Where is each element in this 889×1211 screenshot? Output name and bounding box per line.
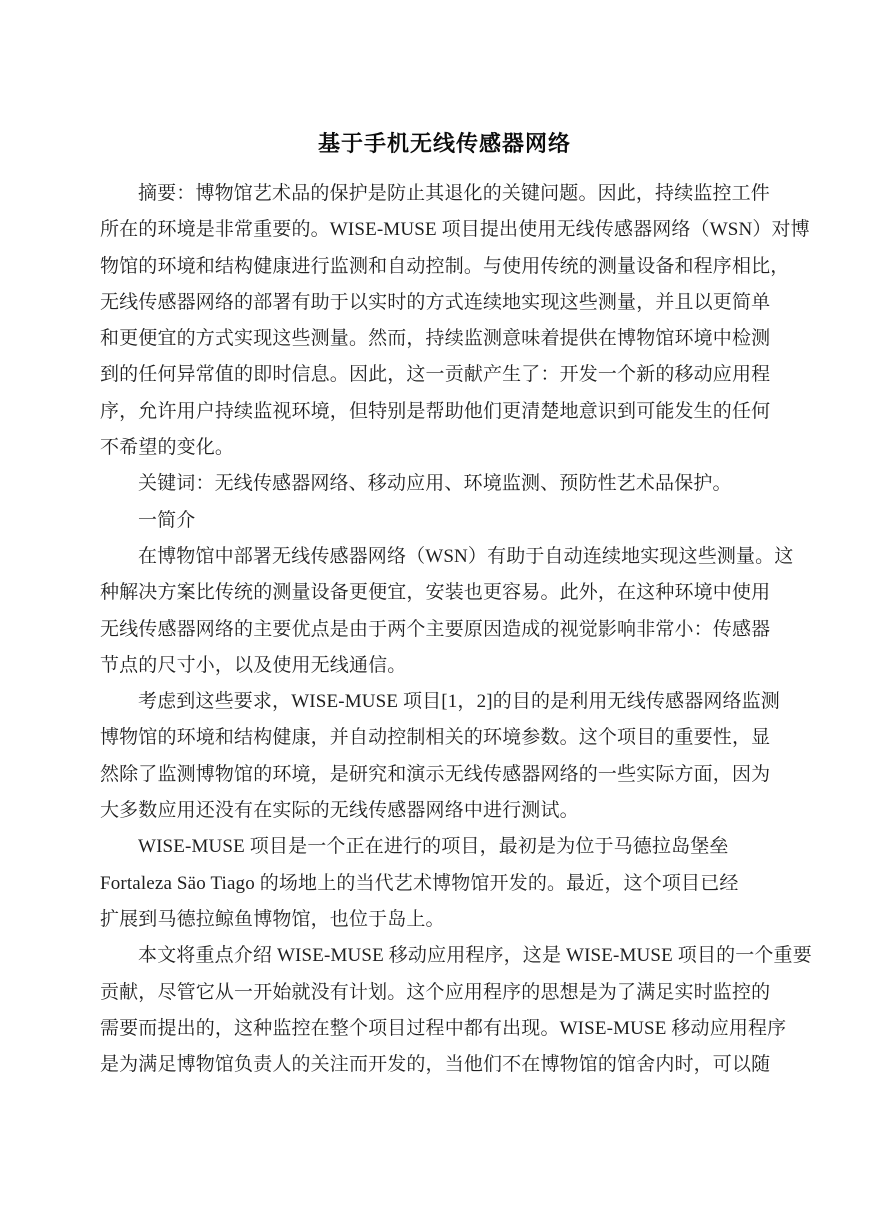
text-line: 博物馆的环境和结构健康，并自动控制相关的环境参数。这个项目的重要性，显	[100, 720, 790, 756]
text-line: 到的任何异常值的即时信息。因此，这一贡献产生了：开发一个新的移动应用程	[100, 357, 790, 393]
text-line: 大多数应用还没有在实际的无线传感器网络中进行测试。	[100, 793, 790, 829]
text-line: 无线传感器网络的主要优点是由于两个主要原因造成的视觉影响非常小：传感器	[100, 612, 790, 648]
paragraph-intro-paragraph-1: 在博物馆中部署无线传感器网络（WSN）有助于自动连续地实现这些测量。这种解决方案…	[100, 539, 790, 684]
text-line: 扩展到马德拉鲸鱼博物馆，也位于岛上。	[100, 902, 790, 938]
text-line: 一简介	[100, 503, 790, 539]
document-body: 摘要：博物馆艺术品的保护是防止其退化的关键问题。因此，持续监控工件所在的环境是非…	[100, 176, 790, 1083]
paragraph-abstract: 摘要：博物馆艺术品的保护是防止其退化的关键问题。因此，持续监控工件所在的环境是非…	[100, 176, 790, 466]
text-line: 节点的尺寸小，以及使用无线通信。	[100, 648, 790, 684]
text-line: 不希望的变化。	[100, 430, 790, 466]
paragraph-section-heading: 一简介	[100, 503, 790, 539]
text-line: 考虑到这些要求，WISE-MUSE 项目[1，2]的目的是利用无线传感器网络监测	[100, 684, 790, 720]
text-line: 和更便宜的方式实现这些测量。然而，持续监测意味着提供在博物馆环境中检测	[100, 321, 790, 357]
text-line: 需要而提出的，这种监控在整个项目过程中都有出现。WISE-MUSE 移动应用程序	[100, 1011, 790, 1047]
document-page: 基于手机无线传感器网络 摘要：博物馆艺术品的保护是防止其退化的关键问题。因此，持…	[0, 0, 889, 1211]
paragraph-keywords: 关键词：无线传感器网络、移动应用、环境监测、预防性艺术品保护。	[100, 466, 790, 502]
text-line: WISE-MUSE 项目是一个正在进行的项目，最初是为位于马德拉岛堡垒	[100, 829, 790, 865]
text-line: 是为满足博物馆负责人的关注而开发的，当他们不在博物馆的馆舍内时，可以随	[100, 1047, 790, 1083]
page-title: 基于手机无线传感器网络	[0, 125, 889, 165]
text-line: 然除了监测博物馆的环境，是研究和演示无线传感器网络的一些实际方面，因为	[100, 757, 790, 793]
text-line: 种解决方案比传统的测量设备更便宜，安装也更容易。此外，在这种环境中使用	[100, 575, 790, 611]
text-line: 在博物馆中部署无线传感器网络（WSN）有助于自动连续地实现这些测量。这	[100, 539, 790, 575]
paragraph-intro-paragraph-4: 本文将重点介绍 WISE-MUSE 移动应用程序，这是 WISE-MUSE 项目…	[100, 938, 790, 1083]
paragraph-intro-paragraph-3: WISE-MUSE 项目是一个正在进行的项目，最初是为位于马德拉岛堡垒Forta…	[100, 829, 790, 938]
text-line: 关键词：无线传感器网络、移动应用、环境监测、预防性艺术品保护。	[100, 466, 790, 502]
text-line: 摘要：博物馆艺术品的保护是防止其退化的关键问题。因此，持续监控工件	[100, 176, 790, 212]
text-line: 无线传感器网络的部署有助于以实时的方式连续地实现这些测量，并且以更简单	[100, 285, 790, 321]
text-line: 本文将重点介绍 WISE-MUSE 移动应用程序，这是 WISE-MUSE 项目…	[100, 938, 790, 974]
text-line: 物馆的环境和结构健康进行监测和自动控制。与使用传统的测量设备和程序相比，	[100, 249, 790, 285]
text-line: 所在的环境是非常重要的。WISE-MUSE 项目提出使用无线传感器网络（WSN）…	[100, 212, 790, 248]
text-line: 贡献，尽管它从一开始就没有计划。这个应用程序的思想是为了满足实时监控的	[100, 975, 790, 1011]
text-line: 序，允许用户持续监视环境，但特别是帮助他们更清楚地意识到可能发生的任何	[100, 394, 790, 430]
paragraph-intro-paragraph-2: 考虑到这些要求，WISE-MUSE 项目[1，2]的目的是利用无线传感器网络监测…	[100, 684, 790, 829]
text-line: Fortaleza Säo Tiago 的场地上的当代艺术博物馆开发的。最近，这…	[100, 866, 790, 902]
